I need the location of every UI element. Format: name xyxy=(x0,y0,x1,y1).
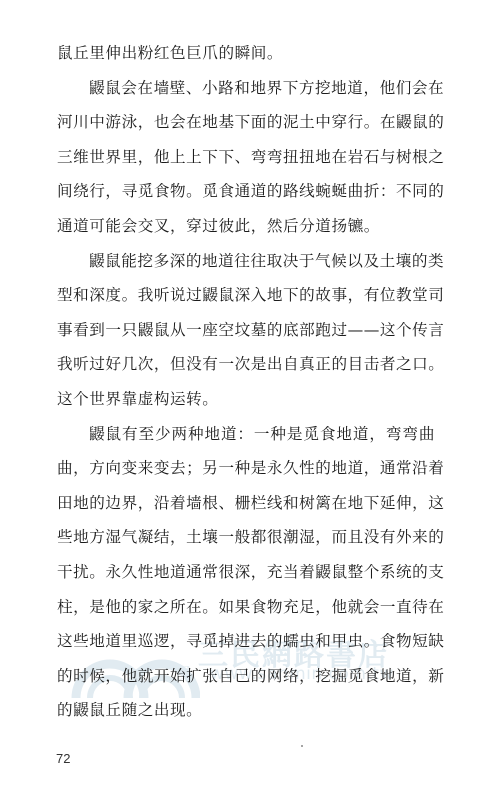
text-line: 这些地道里巡逻，寻觅掉进去的蠕虫和甲虫。食物短缺 xyxy=(57,624,435,659)
body-text: 鼠丘里伸出粉红色巨爪的瞬间。 鼹鼠会在墙壁、小路和地界下方挖地道，他们会在 河川… xyxy=(57,36,435,728)
text-line: 我听过好几次，但没有一次是出自真正的目击者之口。 xyxy=(57,347,435,382)
text-line: 柱，是他的家之所在。如果食物充足，他就会一直待在 xyxy=(57,590,435,625)
text-line: 鼠丘里伸出粉红色巨爪的瞬间。 xyxy=(57,36,435,71)
text-line: 干扰。永久性地道通常很深，充当着鼹鼠整个系统的支 xyxy=(57,555,435,590)
text-line: 的时候，他就开始扩张自己的网络，挖掘觅食地道，新 xyxy=(57,659,435,694)
text-line: 三维世界里，他上上下下、弯弯扭扭地在岩石与树根之 xyxy=(57,140,435,175)
text-line: 这个世界靠虚构运转。 xyxy=(57,382,435,417)
text-line: 鼹鼠能挖多深的地道往往取决于气候以及土壤的类 xyxy=(57,244,435,279)
scan-speck xyxy=(301,745,303,747)
text-line: 通道可能会交叉，穿过彼此，然后分道扬镳。 xyxy=(57,209,435,244)
text-line: 型和深度。我听说过鼹鼠深入地下的故事，有位教堂司 xyxy=(57,278,435,313)
page-number: 72 xyxy=(56,751,70,766)
text-line: 河川中游泳，也会在地基下面的泥土中穿行。在鼹鼠的 xyxy=(57,105,435,140)
text-line: 曲，方向变来变去；另一种是永久性的地道，通常沿着 xyxy=(57,451,435,486)
text-line: 事看到一只鼹鼠从一座空坟墓的底部跑过——这个传言 xyxy=(57,313,435,348)
text-line: 鼹鼠有至少两种地道：一种是觅食地道，弯弯曲 xyxy=(57,417,435,452)
text-line: 间绕行，寻觅食物。觅食通道的路线蜿蜒曲折：不同的 xyxy=(57,174,435,209)
text-line: 田地的边界，沿着墙根、栅栏线和树篱在地下延伸，这 xyxy=(57,486,435,521)
text-line: 鼹鼠会在墙壁、小路和地界下方挖地道，他们会在 xyxy=(57,71,435,106)
text-line: 些地方湿气凝结，土壤一般都很潮湿，而且没有外来的 xyxy=(57,520,435,555)
text-line: 的鼹鼠丘随之出现。 xyxy=(57,693,435,728)
book-page: 民 三民網路書店 www.sanmin.com.tw 鼠丘里伸出粉红色巨爪的瞬间… xyxy=(0,0,499,800)
